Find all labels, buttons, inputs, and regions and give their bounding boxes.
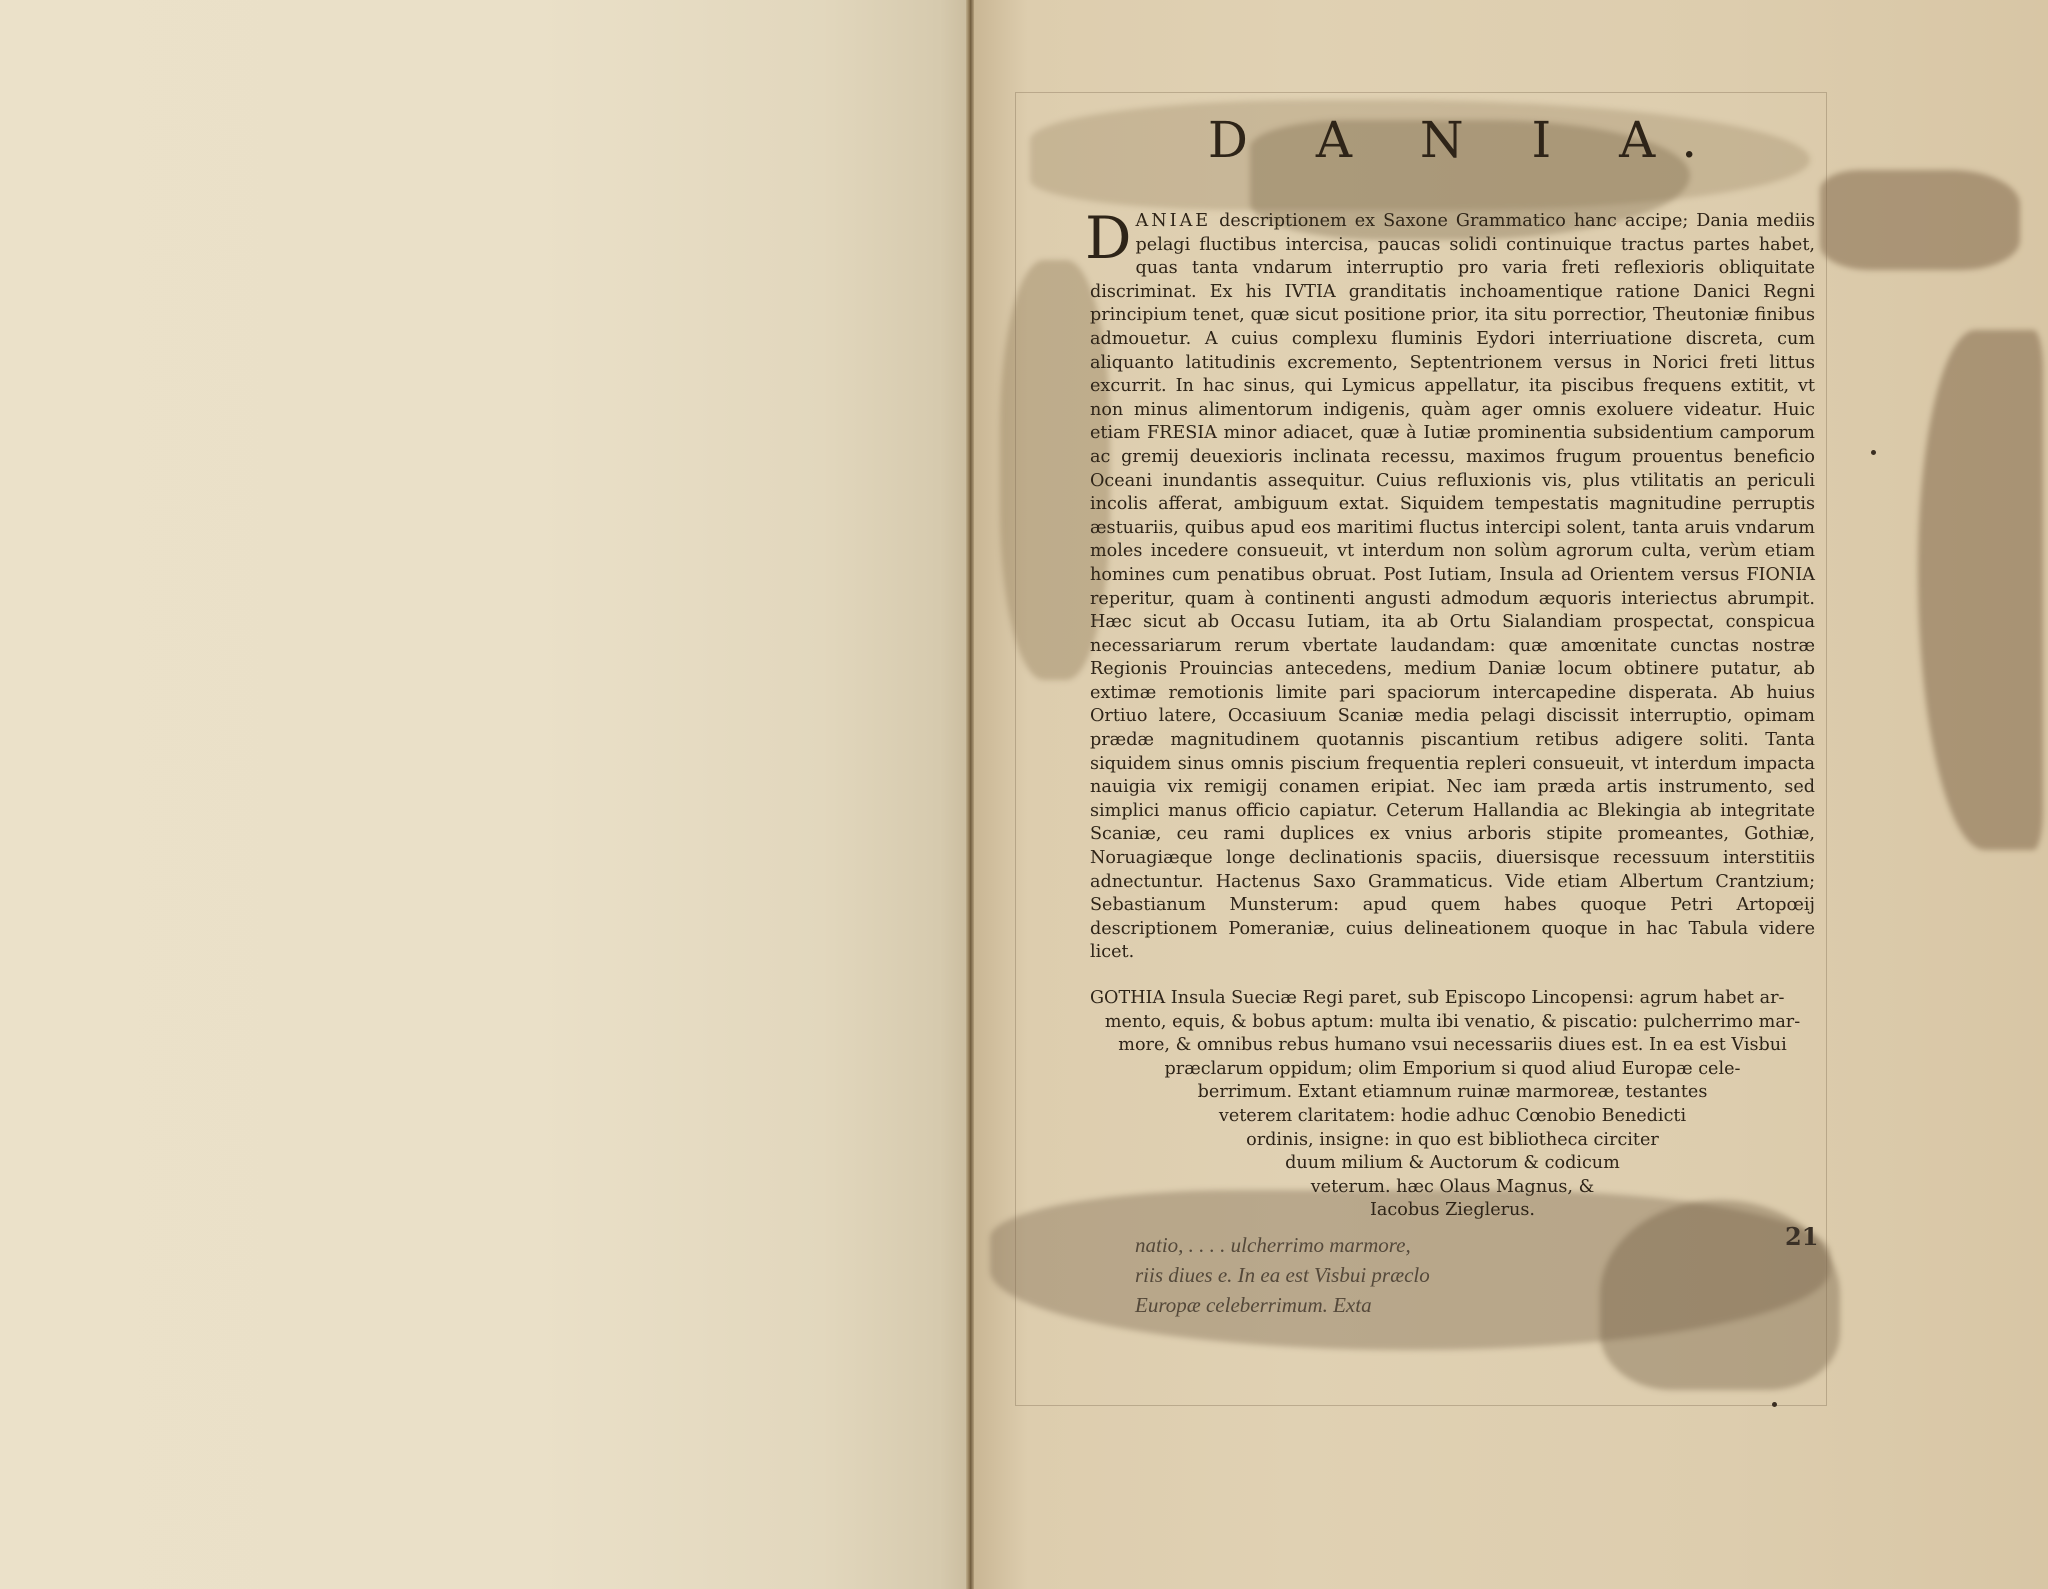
gothia-line: berrimum. Extant etiamnum ruinæ marmoreæ… [1090,1081,1815,1105]
drop-cap: D [1085,214,1132,262]
show-through-offset-text: natio, . . . . ulcherrimo marmore, riis … [1135,1230,1430,1320]
left-blank-page [0,0,968,1589]
gothia-line: Iacobus Zieglerus. [1090,1199,1815,1223]
gothia-line: veterem claritatem: hodie adhuc Cœnobio … [1090,1105,1815,1129]
book-gutter [966,0,974,1589]
offset-line: natio, . . . . ulcherrimo marmore, [1135,1230,1430,1260]
page-title: D A N I A. [1090,110,1815,170]
ink-speck [1772,1402,1777,1407]
dania-paragraph: D ANIAE descriptionem ex Saxone Grammati… [1090,210,1815,965]
gothia-line: mento, equis, & bobus aptum: multa ibi v… [1090,1011,1815,1035]
intro-smallcaps: ANIAE [1136,211,1212,231]
ink-speck [1871,450,1876,455]
gothia-line: veterum. hæc Olaus Magnus, & [1090,1176,1815,1200]
paragraph-body: descriptionem ex Saxone Grammatico hanc … [1090,211,1815,962]
gothia-line: ordinis, insigne: in quo est bibliotheca… [1090,1129,1815,1153]
gothia-line: duum milium & Auctorum & codicum [1090,1152,1815,1176]
stain-right-top [1820,170,2020,270]
gothia-line: more, & omnibus rebus humano vsui necess… [1090,1034,1815,1058]
gothia-paragraph: GOTHIA Insula Sueciæ Regi paret, sub Epi… [1090,987,1815,1223]
offset-line: Europæ celeberrimum. Exta [1135,1290,1430,1320]
page-number: 21 [1785,1222,1818,1251]
text-block: D A N I A. D ANIAE descriptionem ex Saxo… [1090,110,1815,1223]
gothia-line: GOTHIA Insula Sueciæ Regi paret, sub Epi… [1090,987,1815,1011]
offset-line: riis diues e. In ea est Visbui præclo [1135,1260,1430,1290]
gothia-line: præclarum oppidum; olim Emporium si quod… [1090,1058,1815,1082]
